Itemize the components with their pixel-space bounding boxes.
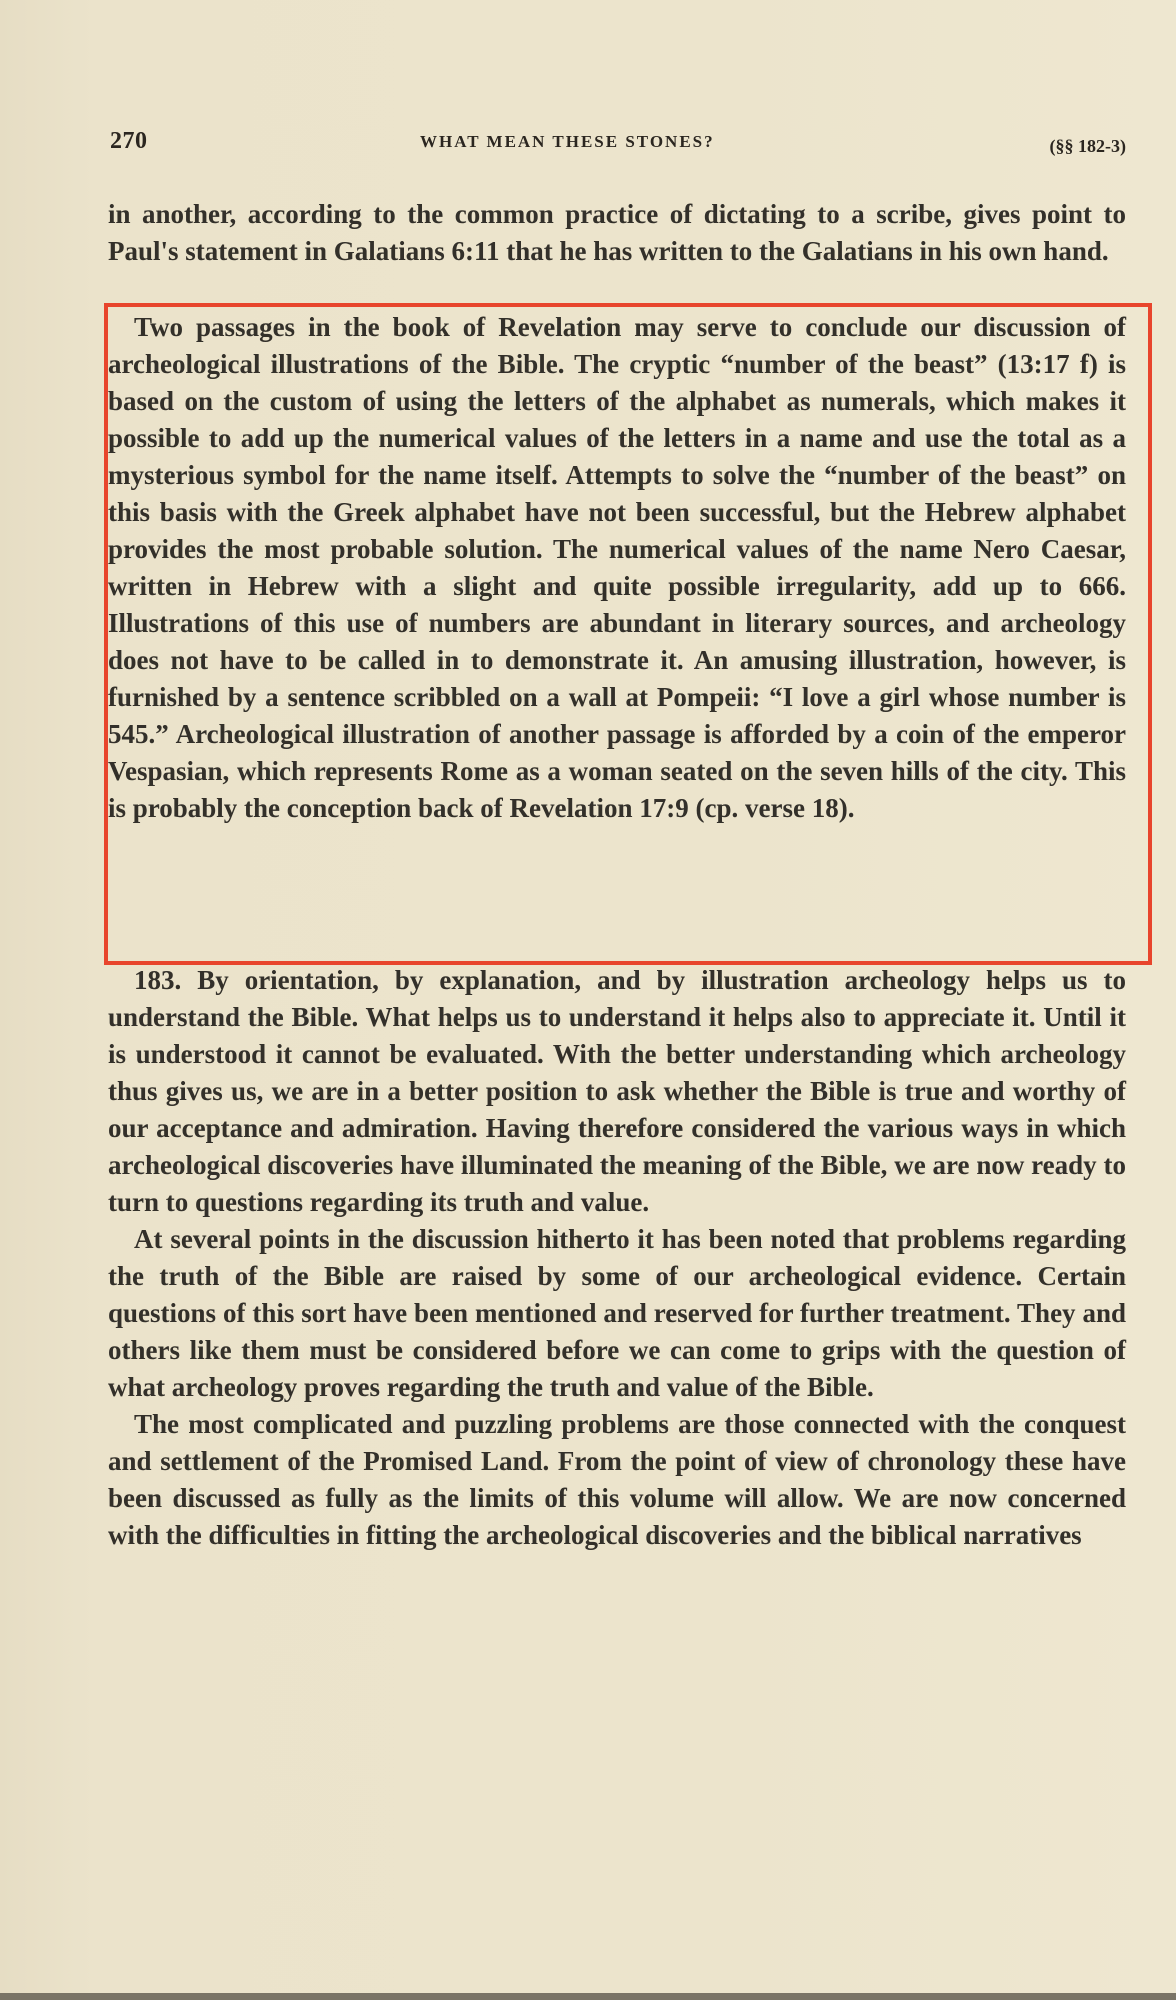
most-complicated-paragraph: The most complicated and puzzling proble…: [108, 1406, 1126, 1554]
several-points-paragraph: At several points in the discussion hith…: [108, 1221, 1126, 1406]
book-title: WHAT MEAN THESE STONES?: [420, 132, 715, 152]
continuation-paragraph-block: in another, according to the common prac…: [108, 196, 1126, 270]
section-reference: (§§ 182-3): [1050, 136, 1126, 157]
page-bottom-edge: [0, 1993, 1176, 2000]
body-text-block: 183. By orientation, by explanation, and…: [108, 962, 1126, 1554]
page-number: 270: [110, 128, 148, 155]
highlighted-paragraph-block: Two passages in the book of Revelation m…: [108, 309, 1126, 827]
continuation-paragraph: in another, according to the common prac…: [108, 196, 1126, 270]
running-head: 270 WHAT MEAN THESE STONES? (§§ 182-3): [110, 128, 1126, 160]
highlighted-paragraph: Two passages in the book of Revelation m…: [108, 309, 1126, 827]
book-page: 270 WHAT MEAN THESE STONES? (§§ 182-3) i…: [0, 0, 1176, 1993]
section-183-paragraph: 183. By orientation, by explanation, and…: [108, 962, 1126, 1221]
